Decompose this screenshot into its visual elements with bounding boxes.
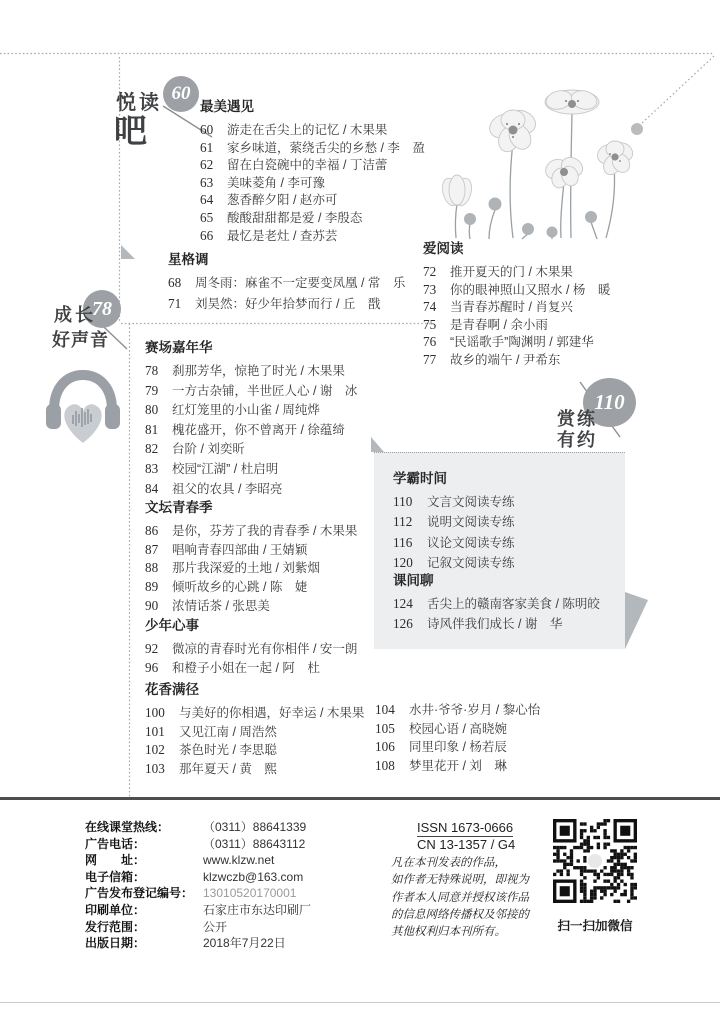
toc-item-title: 水井·爷爷·岁月 / 黎心怡 (409, 700, 540, 718)
toc-item-title: 家乡味道，萦绕舌尖的乡愁 / 李 盈 (227, 138, 425, 156)
qr-caption: 扫一扫加微信 (545, 916, 645, 934)
toc-item-title: 刘昊然：好少年拾梦而行 / 丘 戬 (195, 294, 380, 312)
toc-item-page: 102 (145, 742, 179, 758)
toc-item-title: 留在白瓷碗中的幸福 / 丁洁蕾 (227, 155, 387, 173)
info-value: 石家庄市东达印刷厂 (203, 901, 311, 918)
toc-item: 68 周冬雨：麻雀不一定要变凤凰 / 常 乐 (168, 273, 405, 294)
toc-item: 73 你的眼神照山又照水 / 杨 暖 (423, 280, 610, 298)
toc-item-page: 73 (423, 282, 450, 298)
toc-item-page: 89 (145, 579, 172, 595)
toc-item-title: 酸酸甜甜都是爱 / 李殷态 (227, 208, 362, 226)
corner-triangle-top (121, 245, 135, 259)
toc-item: 87 唱响青春四部曲 / 王婧颖 (145, 540, 357, 559)
toc-item-page: 108 (375, 758, 409, 774)
toc-item: 62 留在白瓷碗中的幸福 / 丁洁蕾 (200, 155, 425, 173)
toc-item: 71 刘昊然：好少年拾梦而行 / 丘 戬 (168, 294, 405, 315)
section-header: 花香满径 (145, 682, 364, 697)
toc-item-page: 72 (423, 264, 450, 280)
toc-item-page: 84 (145, 481, 172, 497)
toc-section-zuimei: 最美遇见 60 游走在舌尖上的记忆 / 木果果 61 家乡味道，萦绕舌尖的乡愁 … (200, 99, 425, 243)
page-badge-60: 60 (163, 76, 199, 112)
toc-item-title: 故乡的端午 / 尹希东 (450, 350, 560, 368)
toc-item: 108 梦里花开 / 刘 琳 (375, 756, 540, 775)
channel-label-chengzhang: 成长 (54, 301, 96, 327)
toc-item-title: 记叙文阅读专练 (427, 553, 515, 571)
toc-item-page: 62 (200, 157, 227, 173)
toc-item-page: 68 (168, 275, 195, 291)
copyright-notice: 凡在本刊发表的作品，如作者无特殊说明，即视为作者本人同意并授权该作品的信息网络传… (391, 854, 541, 940)
toc-item-page: 61 (200, 140, 227, 156)
poppy-flowers-illustration (425, 62, 670, 240)
toc-section-wentan: 文坛青春季 86 是你，芬芳了我的青春季 / 木果果 87 唱响青春四部曲 / … (145, 500, 357, 614)
info-value: www.klzw.net (203, 853, 274, 867)
toc-item-page: 78 (145, 363, 172, 379)
toc-section-saichang: 赛场嘉年华 78 刹那芳华，惊艳了时光 / 木果果 79 一方古杂铺，半世匠人心… (145, 340, 357, 498)
toc-item-title: 和橙子小姐在一起 / 阿 杜 (172, 658, 320, 676)
info-label: 电子信箱： (85, 868, 203, 885)
publication-info-row: 印刷单位： 石家庄市东达印刷厂 (85, 901, 311, 918)
publication-info-row: 在线课堂热线： （0311）88641339 (85, 818, 311, 835)
toc-item-page: 77 (423, 352, 450, 368)
info-value: （0311）88643112 (203, 835, 305, 852)
toc-item-page: 103 (145, 761, 179, 777)
info-label: 在线课堂热线： (85, 818, 203, 835)
toc-item-title: 微凉的青春时光有你相伴 / 安一朗 (172, 639, 357, 657)
toc-item: 92 微凉的青春时光有你相伴 / 安一朗 (145, 639, 357, 658)
toc-item-title: 葱香醉夕阳 / 赵亦可 (227, 190, 337, 208)
toc-item-title: 文言文阅读专练 (427, 492, 515, 510)
toc-item-title: 当青春苏醒时 / 肖复兴 (450, 297, 573, 315)
toc-item-page: 96 (145, 660, 172, 676)
toc-section-aiyuedu: 爱阅读 72 推开夏天的门 / 木果果 73 你的眼神照山又照水 / 杨 暖 7… (423, 241, 610, 368)
toc-item-title: 推开夏天的门 / 木果果 (450, 262, 573, 280)
toc-section-kejian: 课间聊 124 舌尖上的赣南客家美食 / 陈明皎 126 诗风伴我们成长 / 谢… (393, 573, 600, 635)
info-value: 2018年7月22日 (203, 934, 286, 951)
toc-item-title: 又见江南 / 周浩然 (179, 722, 277, 740)
info-label: 出版日期： (85, 934, 203, 951)
info-value: （0311）88641339 (203, 818, 306, 835)
toc-item-title: 游走在舌尖上的记忆 / 木果果 (227, 120, 387, 138)
toc-item: 76 “民谣歌手”陶渊明 / 郭建华 (423, 332, 610, 350)
toc-item: 126 诗风伴我们成长 / 谢 华 (393, 614, 600, 634)
publication-info-row: 广告电话： （0311）88643112 (85, 835, 311, 852)
toc-item-page: 110 (393, 494, 427, 510)
toc-item: 106 同里印象 / 杨若辰 (375, 737, 540, 756)
toc-item-title: 舌尖上的赣南客家美食 / 陈明皎 (427, 594, 600, 612)
toc-item-page: 63 (200, 175, 227, 191)
toc-item-title: 说明文阅读专练 (427, 512, 515, 530)
toc-item: 80 红灯笼里的小山雀 / 周纯烨 (145, 400, 357, 420)
toc-section-shaonian: 少年心事 92 微凉的青春时光有你相伴 / 安一朗 96 和橙子小姐在一起 / … (145, 618, 357, 676)
toc-item: 110 文言文阅读专练 (393, 492, 515, 512)
section-header: 最美遇见 (200, 99, 425, 114)
toc-item: 66 最忆是老灶 / 查苏芸 (200, 226, 425, 244)
info-label: 广告发布登记编号： (85, 884, 203, 901)
toc-item: 63 美味菱角 / 李可豫 (200, 173, 425, 191)
section-header: 文坛青春季 (145, 500, 357, 515)
toc-item-title: 与美好的你相遇，好幸运 / 木果果 (179, 703, 364, 721)
copyright-notice-line: 凡在本刊发表的作品， (391, 854, 541, 871)
toc-item-title: 诗风伴我们成长 / 谢 华 (427, 614, 562, 632)
toc-item-page: 101 (145, 724, 179, 740)
toc-item-page: 74 (423, 299, 450, 315)
toc-item: 83 校园“江湖” / 杜启明 (145, 459, 357, 479)
toc-item-title: 校园心语 / 高晓婉 (409, 719, 507, 737)
toc-item-page: 116 (393, 535, 427, 551)
toc-item-page: 79 (145, 383, 172, 399)
toc-item: 112 说明文阅读专练 (393, 512, 515, 532)
toc-item: 84 祖父的农具 / 李昭亮 (145, 479, 357, 499)
toc-item-page: 76 (423, 334, 450, 350)
toc-item-page: 64 (200, 192, 227, 208)
toc-item-page: 87 (145, 542, 172, 558)
toc-section-xinggediao: 星格调 68 周冬雨：麻雀不一定要变凤凰 / 常 乐 71 刘昊然：好少年拾梦而… (168, 252, 405, 316)
toc-item-page: 65 (200, 210, 227, 226)
section-header: 爱阅读 (423, 241, 610, 256)
cn-number: CN 13-1357 / G4 (417, 837, 515, 852)
toc-item: 82 台阶 / 刘奕昕 (145, 439, 357, 459)
toc-section-xueba: 学霸时间 110 文言文阅读专练 112 说明文阅读专练 116 议论文阅读专练… (393, 471, 515, 574)
toc-item-title: 议论文阅读专练 (427, 533, 515, 551)
toc-item-page: 88 (145, 560, 172, 576)
toc-item: 75 是青春啊 / 余小雨 (423, 315, 610, 333)
toc-item: 78 刹那芳华，惊艳了时光 / 木果果 (145, 361, 357, 381)
toc-item-page: 92 (145, 641, 172, 657)
section-header: 赛场嘉年华 (145, 340, 357, 355)
toc-item-title: 梦里花开 / 刘 琳 (409, 756, 507, 774)
info-value: 13010520170001 (203, 886, 296, 900)
toc-item: 61 家乡味道，萦绕舌尖的乡愁 / 李 盈 (200, 138, 425, 156)
toc-item-title: 最忆是老灶 / 查苏芸 (227, 226, 337, 244)
corner-triangle-box (371, 437, 384, 452)
flag-triangle-box (625, 592, 648, 649)
section-header: 少年心事 (145, 618, 357, 633)
issn-block: ISSN 1673-0666 CN 13-1357 / G4 (417, 820, 515, 852)
footer-rule (0, 797, 720, 800)
channel-label-haoshengyin: 好声音 (52, 326, 109, 352)
toc-item-page: 66 (200, 228, 227, 244)
publication-info-row: 网 址： www.klzw.net (85, 851, 311, 868)
toc-item-title: “民谣歌手”陶渊明 / 郭建华 (450, 332, 594, 350)
info-label: 网 址： (85, 851, 203, 868)
toc-item: 105 校园心语 / 高晓婉 (375, 719, 540, 738)
toc-item-page: 60 (200, 122, 227, 138)
toc-item-title: 是你，芬芳了我的青春季 / 木果果 (172, 521, 357, 539)
info-label: 发行范围： (85, 918, 203, 935)
toc-item: 101 又见江南 / 周浩然 (145, 722, 364, 741)
toc-item-title: 周冬雨：麻雀不一定要变凤凰 / 常 乐 (195, 273, 405, 291)
toc-item-page: 124 (393, 596, 427, 612)
toc-item-title: 浓情话茶 / 张思美 (172, 596, 270, 614)
toc-item: 77 故乡的端午 / 尹希东 (423, 350, 610, 368)
toc-item-page: 81 (145, 422, 172, 438)
toc-item-page: 106 (375, 739, 409, 755)
toc-item-title: 红灯笼里的小山雀 / 周纯烨 (172, 400, 320, 418)
toc-item-title: 校园“江湖” / 杜启明 (172, 459, 278, 477)
toc-item: 102 茶色时光 / 李思聪 (145, 740, 364, 759)
toc-item-page: 90 (145, 598, 172, 614)
qr-code-image (553, 819, 637, 903)
toc-item-title: 茶色时光 / 李思聪 (179, 740, 277, 758)
toc-item-page: 104 (375, 702, 409, 718)
toc-item-title: 倾听故乡的心跳 / 陈 婕 (172, 577, 307, 595)
toc-item-title: 美味菱角 / 李可豫 (227, 173, 325, 191)
toc-item-page: 120 (393, 555, 427, 571)
bottom-rule (0, 1002, 720, 1003)
toc-item: 72 推开夏天的门 / 木果果 (423, 262, 610, 280)
toc-section-huaxiang: 花香满径 100 与美好的你相遇，好幸运 / 木果果 101 又见江南 / 周浩… (145, 682, 364, 778)
toc-item-page: 100 (145, 705, 179, 721)
publication-info-row: 广告发布登记编号： 13010520170001 (85, 884, 311, 901)
toc-item: 103 那年夏天 / 黄 熙 (145, 759, 364, 778)
toc-item: 90 浓情话茶 / 张思美 (145, 596, 357, 615)
toc-item-page: 112 (393, 514, 427, 530)
issn-number: ISSN 1673-0666 (417, 820, 513, 837)
toc-item-page: 82 (145, 441, 172, 457)
toc-item-title: 刹那芳华，惊艳了时光 / 木果果 (172, 361, 345, 379)
publication-info-row: 发行范围： 公开 (85, 918, 311, 935)
qr-code (551, 819, 639, 908)
channel-label-youyue: 有约 (557, 426, 597, 452)
toc-item-title: 同里印象 / 杨若辰 (409, 737, 507, 755)
toc-item-title: 祖父的农具 / 李昭亮 (172, 479, 282, 497)
toc-item-page: 75 (423, 317, 450, 333)
section-header: 星格调 (168, 252, 405, 267)
toc-item-page: 80 (145, 402, 172, 418)
toc-item-title: 台阶 / 刘奕昕 (172, 439, 245, 457)
headphones-heart-icon (43, 362, 123, 446)
toc-item-page: 86 (145, 523, 172, 539)
magazine-contents-page: 60 78 110 悦读 吧 成长 好声音 赏练 有约 最美遇见 60 游走在舌… (0, 0, 720, 1019)
publication-info-row: 电子信箱： klzwczb@163.com (85, 868, 311, 885)
copyright-notice-line: 作者本人同意并授权该作品 (391, 889, 541, 906)
section-header: 学霸时间 (393, 471, 515, 486)
toc-item-title: 一方古杂铺，半世匠人心 / 谢 冰 (172, 381, 357, 399)
toc-item: 88 那片我深爱的土地 / 刘紫烟 (145, 558, 357, 577)
toc-item-title: 那年夏天 / 黄 熙 (179, 759, 277, 777)
toc-item: 65 酸酸甜甜都是爱 / 李殷态 (200, 208, 425, 226)
toc-item: 60 游走在舌尖上的记忆 / 木果果 (200, 120, 425, 138)
info-label: 印刷单位： (85, 901, 203, 918)
copyright-notice-line: 其他权利归本刊所有。 (391, 923, 541, 940)
info-label: 广告电话： (85, 835, 203, 852)
toc-item-title: 是青春啊 / 余小雨 (450, 315, 548, 333)
toc-item: 89 倾听故乡的心跳 / 陈 婕 (145, 577, 357, 596)
copyright-notice-line: 如作者无特殊说明，即视为 (391, 871, 541, 888)
copyright-notice-line: 的信息网络传播权及邻接的 (391, 906, 541, 923)
toc-item: 100 与美好的你相遇，好幸运 / 木果果 (145, 703, 364, 722)
toc-item: 74 当青春苏醒时 / 肖复兴 (423, 297, 610, 315)
toc-item-page: 83 (145, 461, 172, 477)
toc-item: 124 舌尖上的赣南客家美食 / 陈明皎 (393, 594, 600, 614)
toc-item: 96 和橙子小姐在一起 / 阿 杜 (145, 658, 357, 677)
publication-info: 在线课堂热线： （0311）88641339 广告电话： （0311）88643… (85, 818, 311, 951)
info-value: 公开 (203, 918, 227, 935)
toc-item: 81 槐花盛开，你不曾离开 / 徐蕴绮 (145, 420, 357, 440)
toc-item: 104 水井·爷爷·岁月 / 黎心怡 (375, 700, 540, 719)
toc-item-title: 那片我深爱的土地 / 刘紫烟 (172, 558, 320, 576)
toc-item: 116 议论文阅读专练 (393, 533, 515, 553)
toc-item-title: 你的眼神照山又照水 / 杨 暖 (450, 280, 610, 298)
section-header: 课间聊 (393, 573, 600, 588)
toc-item: 86 是你，芬芳了我的青春季 / 木果果 (145, 521, 357, 540)
toc-item-page: 71 (168, 296, 195, 312)
toc-item-page: 126 (393, 616, 427, 632)
info-value: klzwczb@163.com (203, 870, 303, 884)
toc-item-title: 槐花盛开，你不曾离开 / 徐蕴绮 (172, 420, 345, 438)
toc-item: 64 葱香醉夕阳 / 赵亦可 (200, 190, 425, 208)
publication-info-row: 出版日期： 2018年7月22日 (85, 934, 311, 951)
toc-item-page: 105 (375, 721, 409, 737)
channel-label-ba: 吧 (114, 105, 147, 152)
toc-item: 79 一方古杂铺，半世匠人心 / 谢 冰 (145, 381, 357, 401)
toc-section-huaxiang-right: 104 水井·爷爷·岁月 / 黎心怡 105 校园心语 / 高晓婉 106 同里… (375, 700, 540, 775)
toc-item-title: 唱响青春四部曲 / 王婧颖 (172, 540, 307, 558)
toc-item: 120 记叙文阅读专练 (393, 553, 515, 573)
